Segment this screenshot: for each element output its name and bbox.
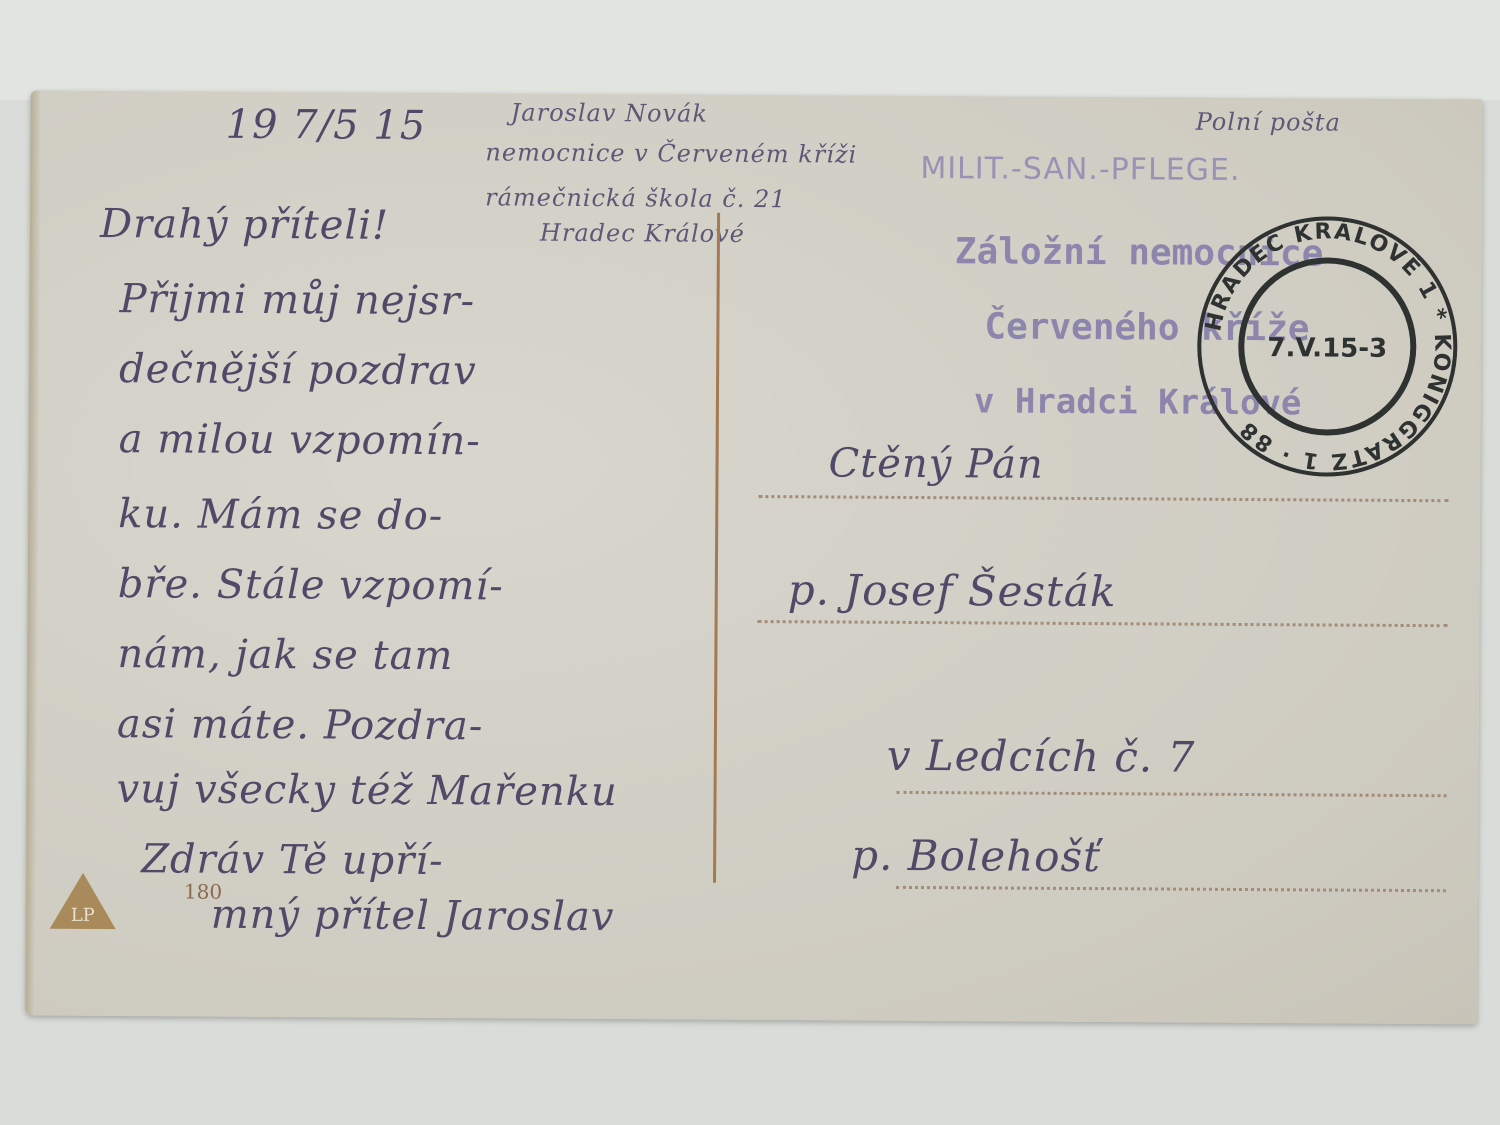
field-post-note: Polní pošta bbox=[1196, 108, 1341, 137]
card-divider bbox=[713, 213, 720, 883]
address-salutation: Ctěný Pán bbox=[828, 440, 1043, 487]
message-signature: mný přítel Jaroslav bbox=[211, 892, 615, 940]
message-line: dečnější pozdrav bbox=[119, 346, 477, 394]
address-dotted-line bbox=[896, 886, 1446, 892]
postmark-stamp: HRADEC KRÁLOVÉ 1 * KÖNIGGRÄTZ 1 · 88 7.V… bbox=[1188, 208, 1466, 486]
address-post: p. Bolehošť bbox=[851, 831, 1101, 882]
address-name: p. Josef Šesták bbox=[788, 565, 1117, 616]
message-line: bře. Stále vzpomí- bbox=[118, 561, 504, 609]
sender-line: Hradec Králové bbox=[540, 219, 745, 248]
publisher-logo-icon: LP bbox=[48, 871, 118, 931]
card-edge bbox=[25, 91, 41, 1016]
message-line: Přijmi můj nejsr- bbox=[119, 276, 475, 324]
background-surface bbox=[0, 0, 1500, 100]
svg-text:LP: LP bbox=[71, 905, 95, 926]
message-line: asi máte. Pozdra- bbox=[117, 701, 484, 749]
message-greeting: Drahý příteli! bbox=[100, 201, 389, 249]
sender-line: nemocnice v Červeném kříži bbox=[485, 138, 857, 168]
address-dotted-line bbox=[758, 620, 1448, 627]
message-line: Zdráv Tě upří- bbox=[141, 836, 444, 884]
military-header-stamp: MILIT.-SAN.-PFLEGE. bbox=[920, 151, 1240, 188]
message-line: a milou vzpomín- bbox=[119, 416, 481, 464]
sender-name: Jaroslav Novák bbox=[511, 99, 708, 128]
address-place: v Ledcích č. 7 bbox=[887, 731, 1196, 782]
postmark-date: 7.V.15-3 bbox=[1267, 333, 1387, 364]
message-date: 19 7/5 15 bbox=[225, 102, 426, 149]
address-dotted-line bbox=[897, 791, 1447, 797]
message-line: ku. Mám se do- bbox=[118, 491, 443, 539]
message-line: vuj všecky též Mařenku bbox=[116, 766, 617, 815]
sender-line: rámečnická škola č. 21 bbox=[485, 183, 787, 213]
publisher-serial: 180 bbox=[184, 880, 222, 904]
message-line: nám, jak se tam bbox=[117, 631, 453, 679]
address-dotted-line bbox=[758, 495, 1448, 502]
postcard: 19 7/5 15 Drahý příteli! Přijmi můj nejs… bbox=[25, 91, 1483, 1025]
